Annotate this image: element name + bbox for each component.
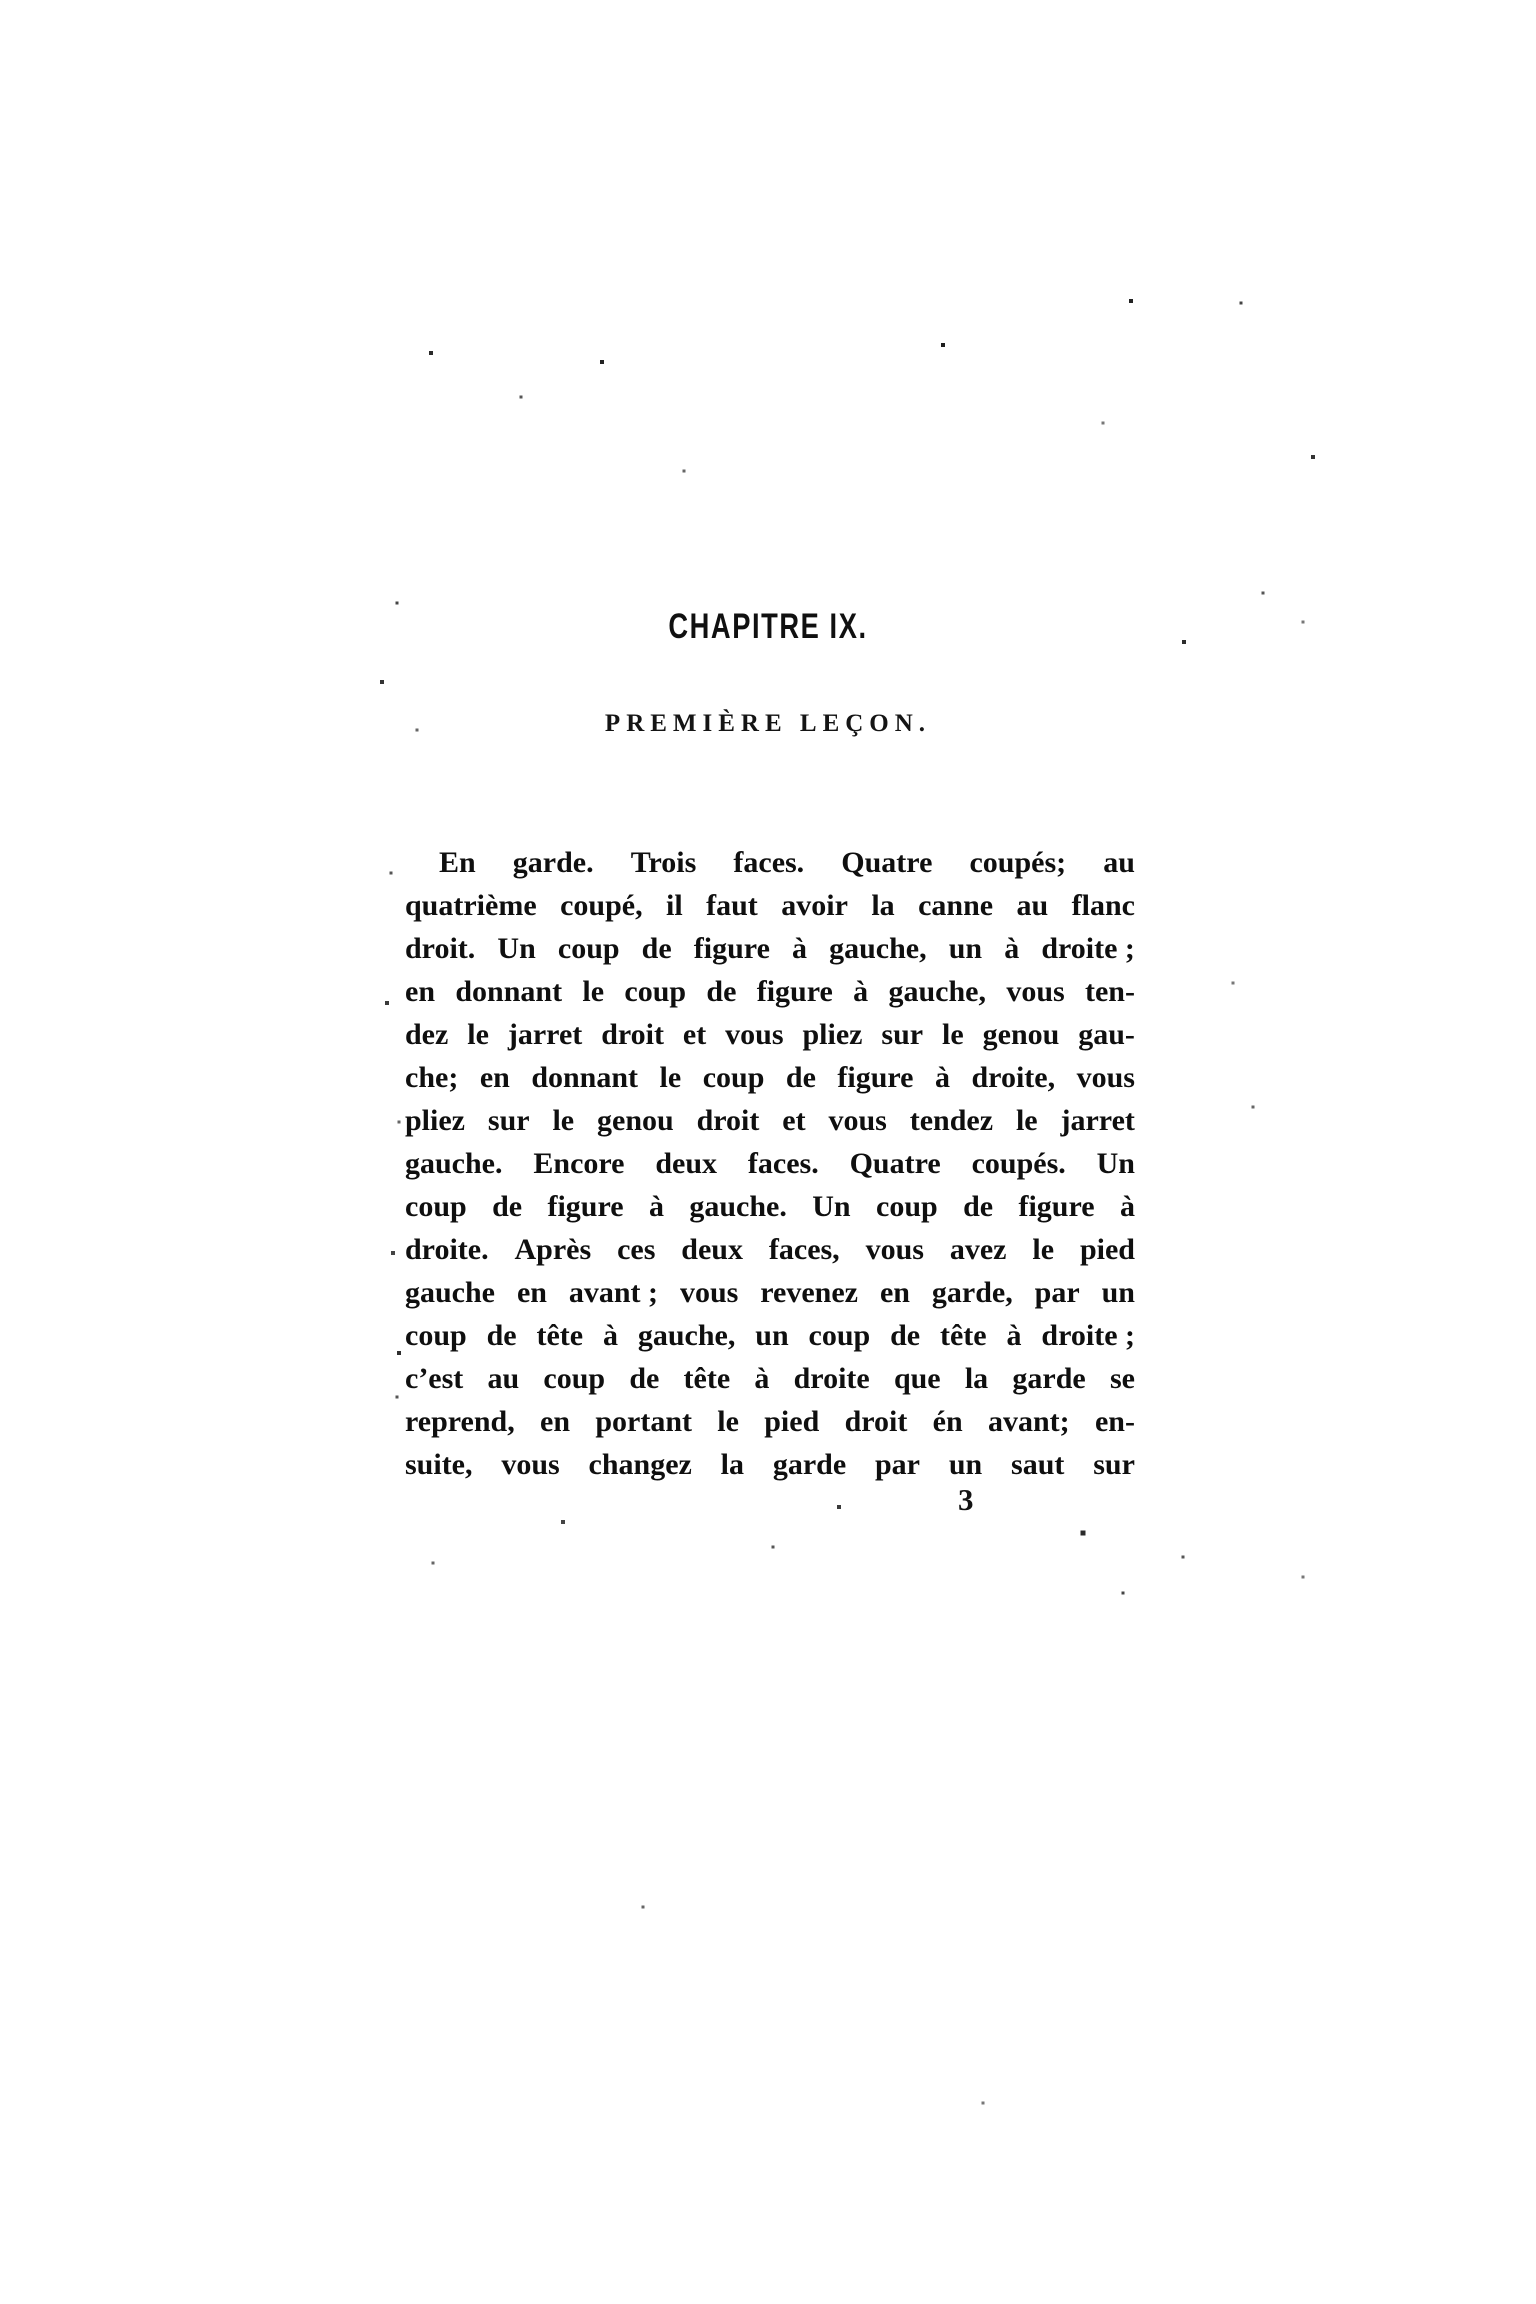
text-line: droite.Aprèscesdeuxfaces,vousavezlepied [405, 1228, 1135, 1271]
text-line: droit.Uncoupdefigureàgauche,unàdroite ; [405, 927, 1135, 970]
text-line: che;endonnantlecoupdefigureàdroite,vous [405, 1056, 1135, 1099]
scan-noise [0, 0, 2, 2]
text-line: c’estaucoupdetêteàdroitequelagardese [405, 1357, 1135, 1400]
paragraph: Engarde.Troisfaces.Quatrecoupés;au quatr… [405, 841, 1135, 1486]
book-page: CHAPITRE IX. PREMIÈRE LEÇON. Engarde.Tro… [0, 0, 1536, 2304]
chapter-heading: CHAPITRE IX. [483, 607, 1052, 647]
text-line: dezlejarretdroitetvouspliezsurlegenougau… [405, 1013, 1135, 1056]
text-line: suite,vouschangezlagardeparunsautsur [405, 1443, 1135, 1486]
text-line: coupdetêteàgauche,uncoupdetêteàdroite ; [405, 1314, 1135, 1357]
text-line: endonnantlecoupdefigureàgauche,vousten- [405, 970, 1135, 1013]
text-line: coupdefigureàgauche.Uncoupdefigureà [405, 1185, 1135, 1228]
text-line: Engarde.Troisfaces.Quatrecoupés;au [405, 841, 1135, 884]
page-number: 3 [958, 1482, 974, 1518]
text-line: pliezsurlegenoudroitetvoustendezlejarret [405, 1099, 1135, 1142]
text-line: gauche.Encoredeuxfaces.Quatrecoupés.Un [405, 1142, 1135, 1185]
text-line: gaucheenavant ;vousrevenezengarde,parun [405, 1271, 1135, 1314]
text-line: reprend,enportantlepieddroiténavant;en- [405, 1400, 1135, 1443]
lesson-heading: PREMIÈRE LEÇON. [403, 710, 1133, 738]
text-line: quatrièmecoupé,ilfautavoirlacanneauflanc [405, 884, 1135, 927]
